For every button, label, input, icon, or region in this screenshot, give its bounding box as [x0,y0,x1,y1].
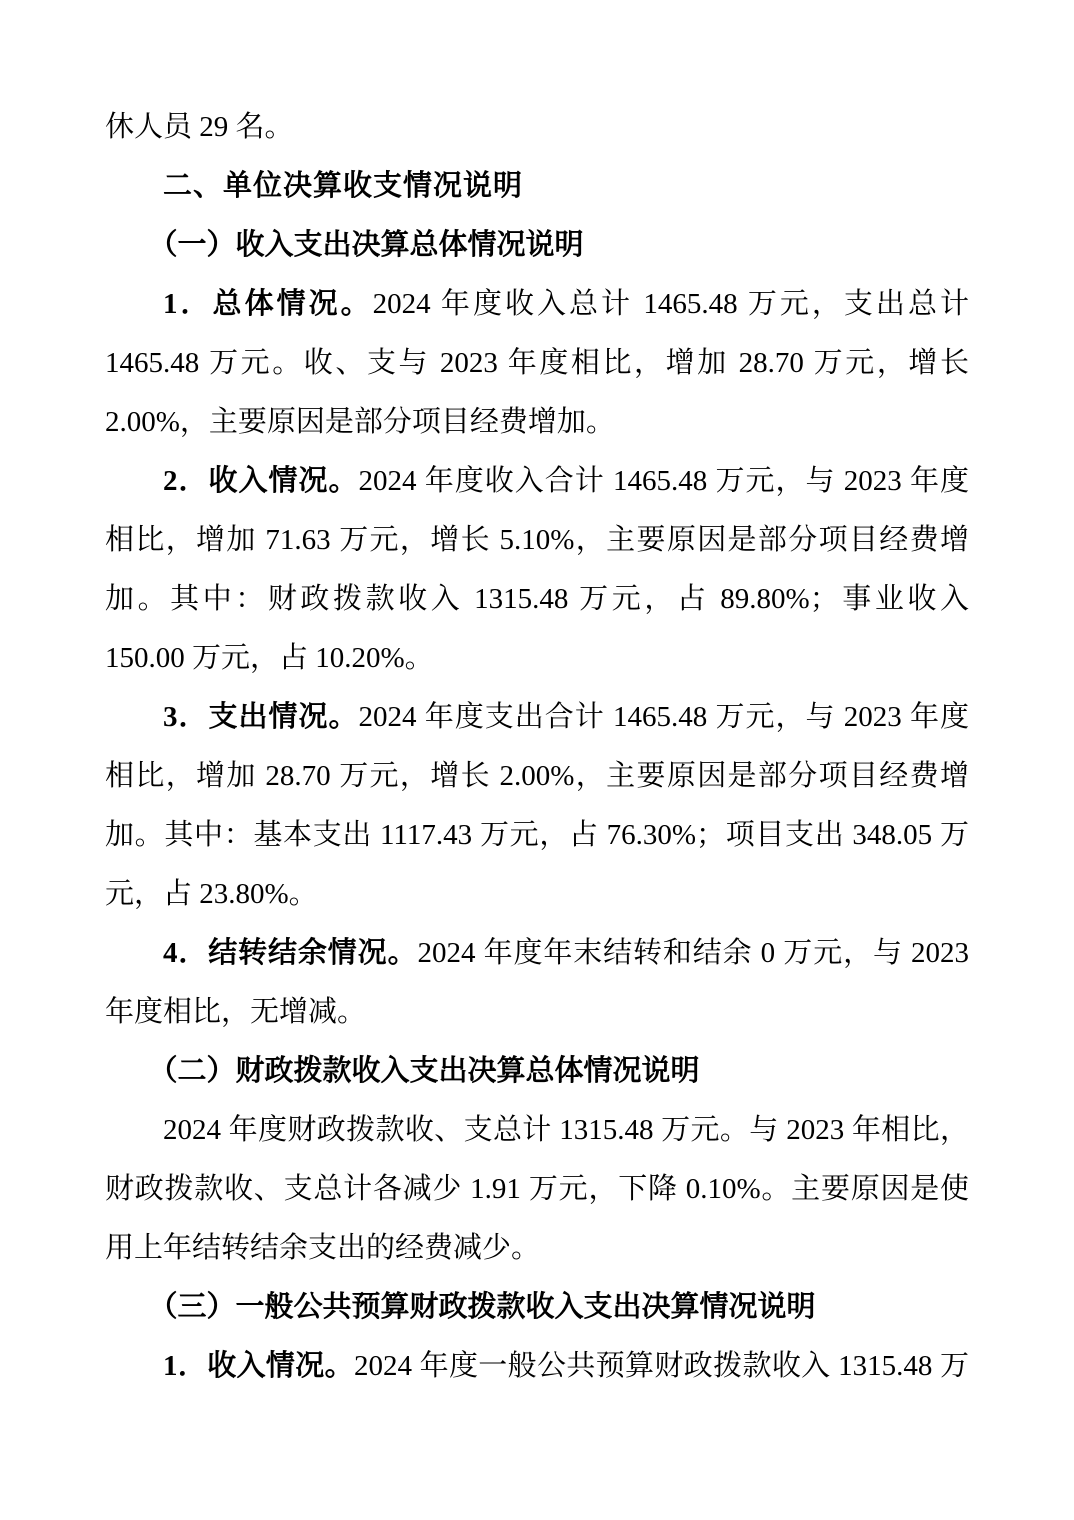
heading-text: （一）收入支出决算总体情况说明 [149,229,584,261]
subsection-heading-2: （二）财政拨款收入支出决算总体情况说明 [105,1042,969,1101]
paragraph-overall: 1．总体情况。2024 年度收入总计 1465.48 万元，支出总计 1465.… [105,275,969,452]
heading-text: 二、单位决算收支情况说明 [163,170,523,202]
paragraph-lead: 1．总体情况。 [163,288,373,320]
section-heading: 二、单位决算收支情况说明 [105,157,969,216]
paragraph-lead: 3．支出情况。 [163,701,359,733]
paragraph-lead: 4．结转结余情况。 [163,937,417,969]
subsection-heading-1: （一）收入支出决算总体情况说明 [105,216,969,275]
paragraph-general-budget-income: 1．收入情况。2024 年度一般公共预算财政拨款收入 1315.48 万 [105,1337,969,1396]
heading-text: （二）财政拨款收入支出决算总体情况说明 [149,1055,700,1087]
paragraph-text: 休人员 29 名。 [105,111,294,143]
paragraph-lead: 1．收入情况。 [163,1350,354,1382]
subsection-heading-3: （三）一般公共预算财政拨款收入支出决算情况说明 [105,1278,969,1337]
paragraph-expenditure: 3．支出情况。2024 年度支出合计 1465.48 万元，与 2023 年度相… [105,688,969,924]
paragraph-fiscal-total: 2024 年度财政拨款收、支总计 1315.48 万元。与 2023 年相比，财… [105,1101,969,1278]
paragraph-text: 2024 年度一般公共预算财政拨款收入 1315.48 万 [354,1350,969,1382]
paragraph-continuation: 休人员 29 名。 [105,98,969,157]
document-page: 休人员 29 名。 二、单位决算收支情况说明 （一）收入支出决算总体情况说明 1… [0,0,1074,1520]
paragraph-text: 2024 年度财政拨款收、支总计 1315.48 万元。与 2023 年相比，财… [105,1114,969,1264]
heading-text: （三）一般公共预算财政拨款收入支出决算情况说明 [149,1291,816,1323]
paragraph-lead: 2．收入情况。 [163,465,359,497]
paragraph-carryover: 4．结转结余情况。2024 年度年末结转和结余 0 万元，与 2023 年度相比… [105,924,969,1042]
paragraph-income: 2．收入情况。2024 年度收入合计 1465.48 万元，与 2023 年度相… [105,452,969,688]
